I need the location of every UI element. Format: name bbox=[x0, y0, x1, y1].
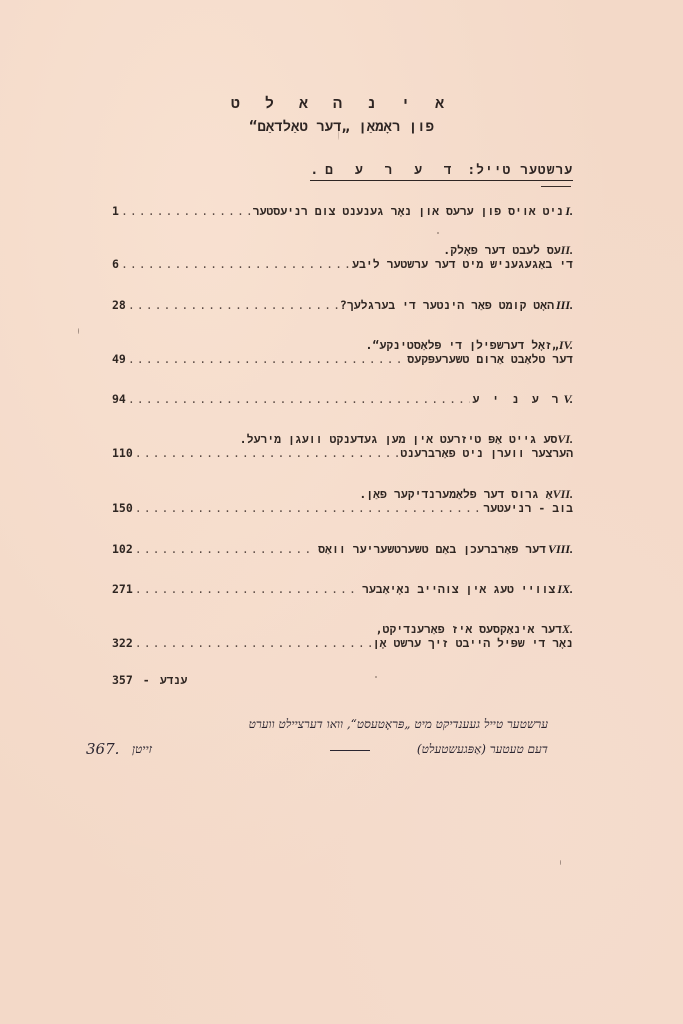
dot-leader bbox=[135, 582, 360, 596]
chapter-title-line1: דער אינאַקסעס איז פאַרענדיקט, bbox=[376, 622, 562, 636]
chapter-numeral: V. bbox=[564, 392, 573, 406]
toc-line: IX. צוויי טעג אין צוהייב נאָיאַבער 271 bbox=[112, 582, 573, 596]
chapter-title-line1: אַ גרוס דער פלאַמערנדיקער פאַן. bbox=[359, 487, 552, 501]
chapter-numeral: IX. bbox=[557, 582, 573, 596]
chapter-title-line2: בוב - רניעטער bbox=[483, 501, 573, 515]
document-page: א י נ ה א ל ט פון ראָמאַן „דער טאַלדאַם“… bbox=[0, 0, 683, 1024]
chapter-title-line2: דער טלאַבט אַרום טשערעפּקעס bbox=[407, 352, 573, 366]
paper-mark bbox=[437, 232, 439, 234]
toc-line: נאָר די שפּיל הייבט זיך ערשט אָן 322 bbox=[112, 636, 573, 650]
toc-line: II. עס לעבט דער פאָלק. bbox=[112, 243, 573, 257]
page-number: 28 bbox=[112, 298, 126, 312]
chapter-title-line1: עס לעבט דער פאָלק. bbox=[443, 243, 560, 257]
paper-mark bbox=[338, 130, 339, 140]
toc-line: VI. סע גייט אַפּ טיזרעט אין מען געדענקט … bbox=[112, 432, 573, 446]
handwritten-note-line1: ערשטער טייל געענדיקט מיט „פּראָטעסט“, וו… bbox=[249, 717, 548, 732]
toc-ending: 357 - ענדע bbox=[112, 673, 187, 688]
chapter-numeral: VIII. bbox=[548, 542, 573, 556]
chapter-title-line2: די באַגעגעניש מיט דער ערשטער ליבע bbox=[352, 257, 573, 271]
toc-entry-6: VI. סע גייט אַפּ טיזרעט אין מען געדענקט … bbox=[112, 432, 573, 460]
ending-page: 357 bbox=[112, 673, 133, 688]
chapter-numeral: X. bbox=[562, 622, 573, 636]
toc-entry-7: VII. אַ גרוס דער פלאַמערנדיקער פאַן. בוב… bbox=[112, 487, 573, 515]
paper-mark bbox=[78, 328, 79, 334]
document-title: א י נ ה א ל ט bbox=[0, 94, 683, 113]
paper-mark bbox=[375, 676, 377, 678]
dot-leader bbox=[135, 636, 371, 650]
chapter-title: האָט קומט פאַר הינטער די בערגלעך? bbox=[340, 298, 554, 312]
document-subtitle: פון ראָמאַן „דער טאַלדאַם“ bbox=[0, 119, 683, 136]
chapter-title-line1: „זאָל דערשפילן די פּלאַסטינקע“. bbox=[365, 338, 558, 352]
chapter-numeral: III. bbox=[556, 298, 573, 312]
toc-entry-4: IV. „זאָל דערשפילן די פּלאַסטינקע“. דער … bbox=[112, 338, 573, 366]
handwritten-word: זייטן bbox=[132, 742, 152, 757]
handwritten-note-line2: דעם טעטער (אַפּגעשטעלט) bbox=[417, 742, 548, 757]
chapter-numeral: II. bbox=[561, 243, 573, 257]
page-number: 271 bbox=[112, 582, 133, 596]
part-heading-value: ד ע ר ע ם. bbox=[310, 163, 458, 178]
toc-entry-8: VIII. דער פאַרברעכן באַם טשערטשעריער ווא… bbox=[112, 542, 573, 556]
dot-leader bbox=[128, 298, 338, 312]
toc-line: דער טלאַבט אַרום טשערעפּקעס 49 bbox=[112, 352, 573, 366]
toc-line: IV. „זאָל דערשפילן די פּלאַסטינקע“. bbox=[112, 338, 573, 352]
heading-divider bbox=[541, 186, 571, 187]
chapter-title: צוויי טעג אין צוהייב נאָיאַבער bbox=[362, 582, 555, 596]
chapter-title: ניט אויס פון ערעס און נאָר גענענט צום רנ… bbox=[253, 204, 564, 218]
dot-leader bbox=[135, 501, 481, 515]
chapter-numeral: VII. bbox=[553, 487, 573, 501]
page-number: 322 bbox=[112, 636, 133, 650]
toc-entry-3: III. האָט קומט פאַר הינטער די בערגלעך? 2… bbox=[112, 298, 573, 312]
toc-line: VIII. דער פאַרברעכן באַם טשערטשעריער ווא… bbox=[112, 542, 573, 556]
page-number: 110 bbox=[112, 446, 133, 460]
dot-leader bbox=[135, 542, 316, 556]
page-number: 1 bbox=[112, 204, 119, 218]
toc-line: V. ר ע נ י ע 94 bbox=[112, 392, 573, 406]
dot-leader bbox=[128, 392, 470, 406]
toc-line: VII. אַ גרוס דער פלאַמערנדיקער פאַן. bbox=[112, 487, 573, 501]
toc-entry-9: IX. צוויי טעג אין צוהייב נאָיאַבער 271 bbox=[112, 582, 573, 596]
toc-line: בוב - רניעטער 150 bbox=[112, 501, 573, 515]
ending-dash: - bbox=[143, 673, 150, 688]
toc-entry-2: II. עס לעבט דער פאָלק. די באַגעגעניש מיט… bbox=[112, 243, 573, 271]
toc-line: הערצער ווערן ניט פאַרברענט 110 bbox=[112, 446, 573, 460]
page-number: 94 bbox=[112, 392, 126, 406]
toc-entry-5: V. ר ע נ י ע 94 bbox=[112, 392, 573, 406]
dot-leader bbox=[121, 204, 251, 218]
dot-leader bbox=[121, 257, 350, 271]
chapter-title-line2: הערצער ווערן ניט פאַרברענט bbox=[400, 446, 573, 460]
toc-entry-1: I. ניט אויס פון ערעס און נאָר גענענט צום… bbox=[112, 204, 573, 218]
ending-label: ענדע bbox=[160, 673, 188, 688]
page-number: 6 bbox=[112, 257, 119, 271]
toc-line: III. האָט קומט פאַר הינטער די בערגלעך? 2… bbox=[112, 298, 573, 312]
page-number: 150 bbox=[112, 501, 133, 515]
page-number: 102 bbox=[112, 542, 133, 556]
chapter-title-line1: סע גייט אַפּ טיזרעט אין מען געדענקט וועג… bbox=[240, 432, 558, 446]
chapter-title: דער פאַרברעכן באַם טשערטשעריער וואַס bbox=[318, 542, 546, 556]
chapter-numeral: VI. bbox=[557, 432, 573, 446]
toc-line: די באַגעגעניש מיט דער ערשטער ליבע 6 bbox=[112, 257, 573, 271]
chapter-numeral: IV. bbox=[559, 338, 573, 352]
dot-leader bbox=[128, 352, 405, 366]
toc-entry-10: X. דער אינאַקסעס איז פאַרענדיקט, נאָר די… bbox=[112, 622, 573, 650]
toc-line: I. ניט אויס פון ערעס און נאָר גענענט צום… bbox=[112, 204, 573, 218]
part-heading-label: ערשטער טייל: bbox=[467, 163, 573, 178]
toc-line: X. דער אינאַקסעס איז פאַרענדיקט, bbox=[112, 622, 573, 636]
page-number: 49 bbox=[112, 352, 126, 366]
handwritten-page-number: 367. bbox=[86, 740, 119, 758]
dot-leader bbox=[135, 446, 399, 460]
chapter-numeral: I. bbox=[565, 204, 573, 218]
chapter-title-line2: נאָר די שפּיל הייבט זיך ערשט אָן bbox=[373, 636, 573, 650]
handwritten-dash bbox=[330, 750, 370, 751]
paper-mark bbox=[560, 860, 561, 865]
chapter-title: ר ע נ י ע bbox=[472, 392, 561, 406]
part-heading: ערשטער טייל: ד ע ר ע ם. bbox=[310, 163, 573, 181]
